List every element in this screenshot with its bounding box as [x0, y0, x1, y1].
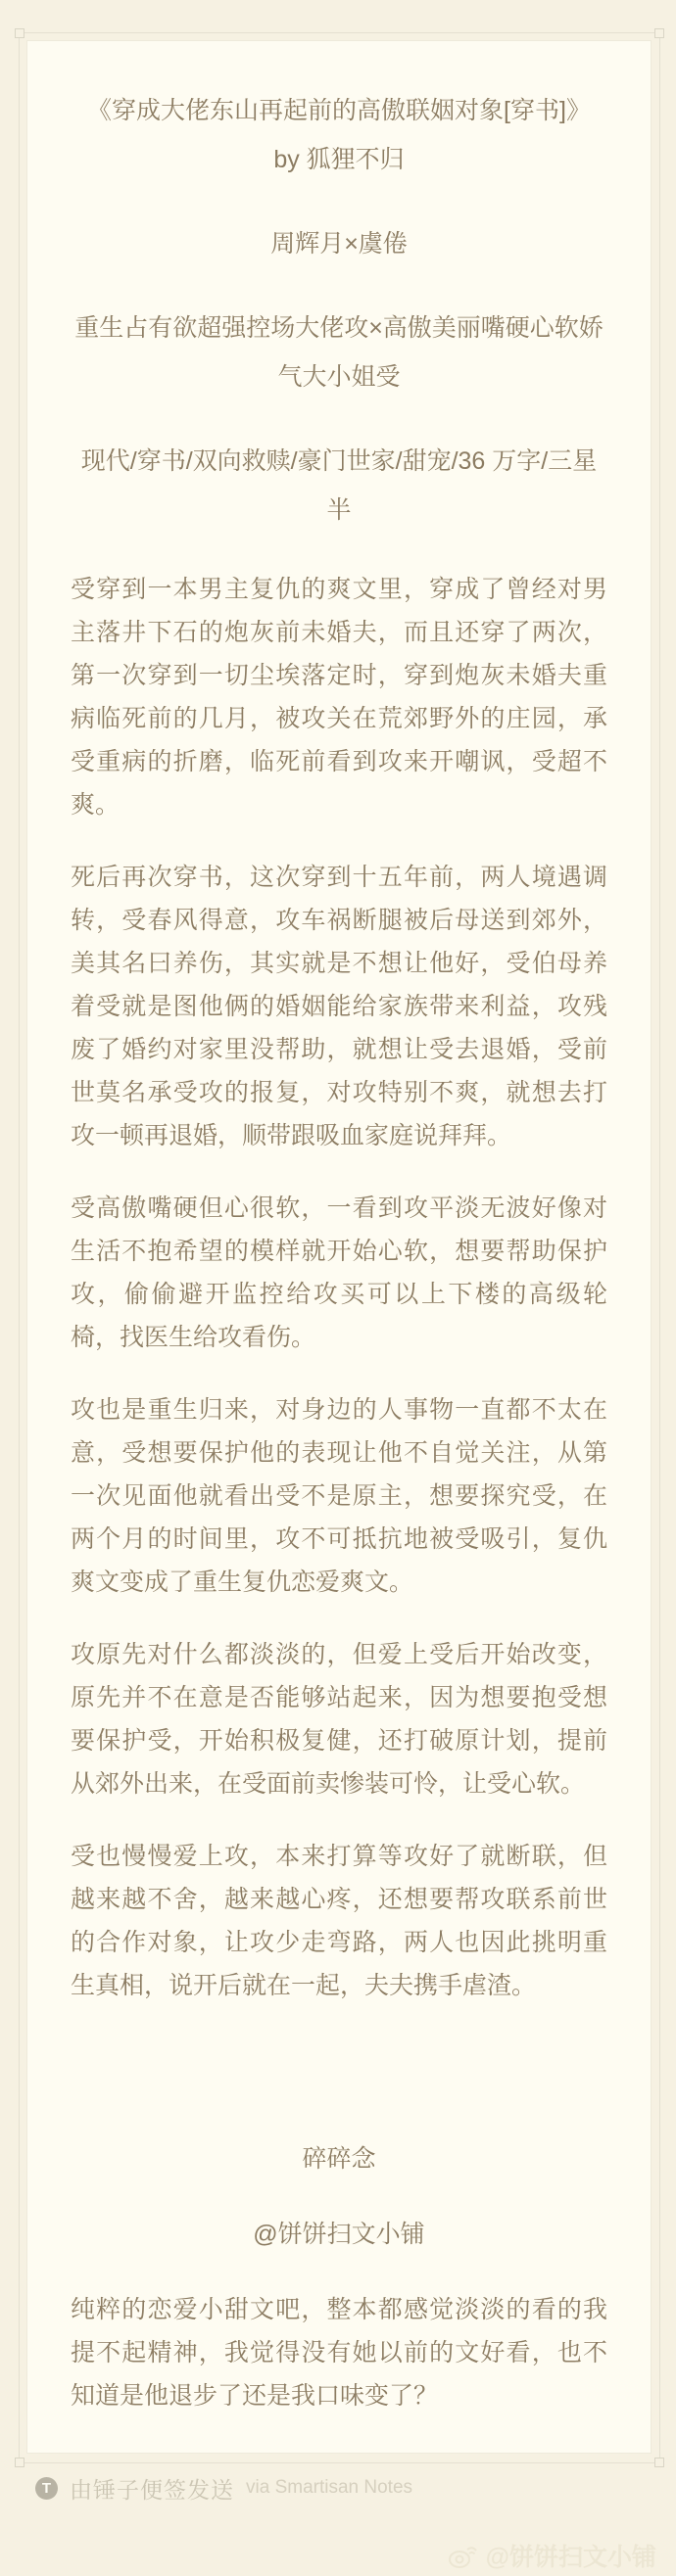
sent-via-label-en: via Smartisan Notes — [246, 2477, 412, 2499]
weibo-icon — [447, 2541, 480, 2570]
pairing-line: 周辉月×虞倦 — [71, 219, 607, 268]
frame-corner-mark — [15, 28, 24, 38]
smartisan-badge: T 由锤子便签发送 via Smartisan Notes — [35, 2466, 412, 2509]
frame-corner-mark — [654, 28, 664, 38]
sent-via-label-cn: 由锤子便签发送 — [70, 2472, 234, 2505]
synopsis-paragraph: 受高傲嘴硬但心很软，一看到攻平淡无波好像对生活不抱希望的模样就开始心软，想要帮助… — [71, 1187, 607, 1359]
long-weibo-note-image: { "book": { "title": "《穿成大佬东山再起前的高傲联姻对象[… — [0, 0, 676, 2576]
synopsis-paragraph: 攻原先对什么都淡淡的，但爱上受后开始改变，原先并不在意是否能够站起来，因为想要抱… — [71, 1633, 607, 1805]
synopsis-paragraph: 死后再次穿书，这次穿到十五年前，两人境遇调转，受春风得意，攻车祸断腿被后母送到郊… — [71, 856, 607, 1157]
author-line: by 狐狸不归 — [71, 135, 607, 184]
frame-corner-mark — [654, 2458, 664, 2467]
synopsis-paragraph: 受穿到一本男主复仇的爽文里，穿成了曾经对男主落井下石的炮灰前未婚夫，而且还穿了两… — [71, 568, 607, 826]
frame-corner-mark — [15, 2458, 24, 2467]
smartisan-logo-icon: T — [35, 2477, 58, 2500]
pairing-description: 重生占有欲超强控场大佬攻×高傲美丽嘴硬心软娇气大小姐受 — [71, 304, 607, 401]
note-section-label: 碎碎念 — [71, 2134, 607, 2183]
watermark-handle: @饼饼扫文小铺 — [486, 2538, 656, 2573]
synopsis-paragraph: 受也慢慢爱上攻，本来打算等攻好了就断联，但越来越不舍，越来越心疼，还想要帮攻联系… — [71, 1835, 607, 2007]
weibo-watermark: @饼饼扫文小铺 — [447, 2538, 656, 2573]
blogger-handle: @饼饼扫文小铺 — [71, 2210, 607, 2259]
note-card: 《穿成大佬东山再起前的高傲联姻对象[穿书]》 by 狐狸不归 周辉月×虞倦 重生… — [26, 40, 652, 2454]
reviewer-comment: 纯粹的恋爱小甜文吧，整本都感觉淡淡的看的我提不起精神，我觉得没有她以前的文好看，… — [71, 2288, 607, 2417]
synopsis-paragraph: 攻也是重生归来，对身边的人事物一直都不太在意，受想要保护他的表现让他不自觉关注，… — [71, 1388, 607, 1604]
book-title: 《穿成大佬东山再起前的高傲联姻对象[穿书]》 — [71, 86, 607, 135]
tags-line: 现代/穿书/双向救赎/豪门世家/甜宠/36 万字/三星半 — [71, 437, 607, 535]
